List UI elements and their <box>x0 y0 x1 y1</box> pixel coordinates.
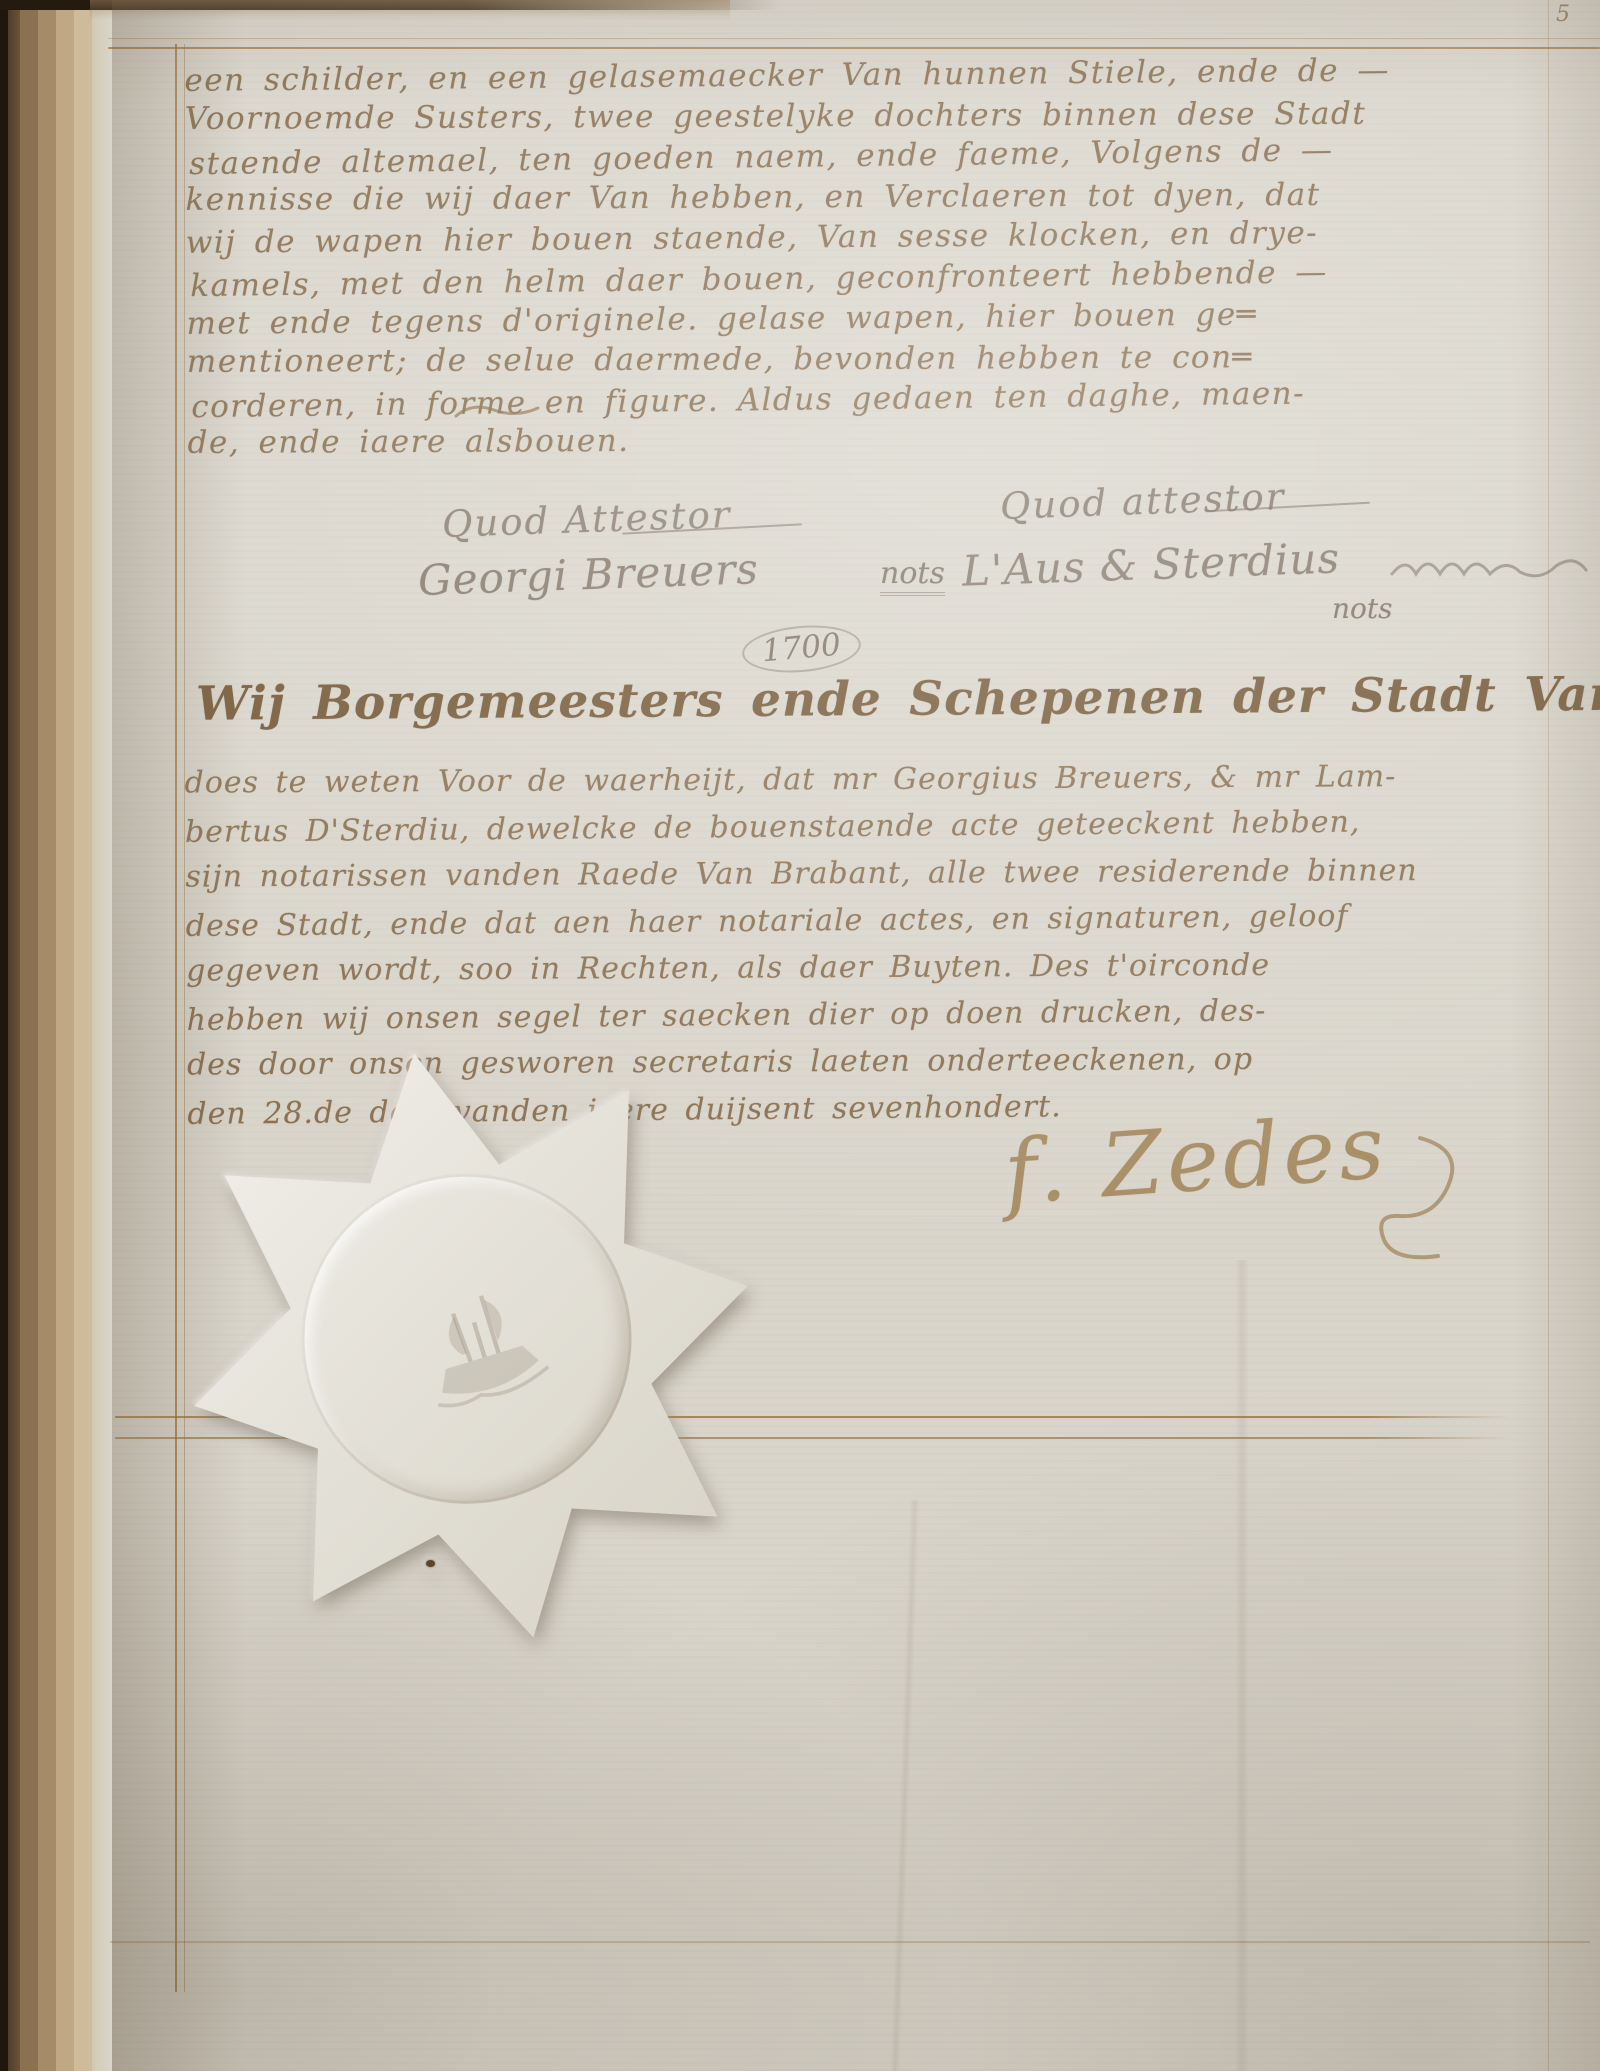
year-mark: 1700 <box>740 621 862 677</box>
ship-relief-icon <box>372 1243 591 1449</box>
right-margin-rule <box>1548 0 1549 2071</box>
top-rule-faint <box>108 38 1600 39</box>
seal-center-disc <box>273 1145 660 1532</box>
bottom-rule <box>110 1941 1590 1943</box>
folio-number: 5 <box>1556 2 1570 27</box>
ink-speck <box>426 1560 435 1567</box>
left-margin-rule <box>175 44 177 1992</box>
notary-signature-left: Georgi Breuers <box>417 544 759 605</box>
attestation-right: Quod attestor <box>999 475 1286 528</box>
notary-signature-right: L'Aus & Sterdius <box>961 533 1340 595</box>
book-page-edges <box>0 0 112 2071</box>
embossed-paper-seal <box>188 1048 754 1644</box>
seal-star-shape <box>136 999 805 1692</box>
pen-flourish-icon <box>452 398 542 424</box>
signature-flourish-icon <box>1360 1130 1480 1270</box>
notary-abbrev-left: nots <box>880 556 945 596</box>
attestation-left: Quod Attestor <box>441 493 732 546</box>
act-text-block: een schilder, en een gelasemaecker Van h… <box>184 49 1527 466</box>
manuscript-line: de, ende iaere alsbouen. <box>188 417 1528 463</box>
underlying-page-edge <box>90 0 730 20</box>
left-margin-rule-inner <box>184 44 185 1992</box>
paper-crease <box>890 1500 920 2071</box>
paper-crease <box>1235 1260 1249 2071</box>
notary-abbrev-right: nots <box>1332 592 1393 625</box>
certificate-heading: Wij Borgemeesters ende Schepenen der Sta… <box>196 667 1556 731</box>
signature-tail-flourish-icon <box>1390 548 1600 588</box>
top-rule <box>108 47 1600 49</box>
manuscript-photo: 5 een schilder, en een gelasemaecker Van… <box>0 0 1600 2071</box>
